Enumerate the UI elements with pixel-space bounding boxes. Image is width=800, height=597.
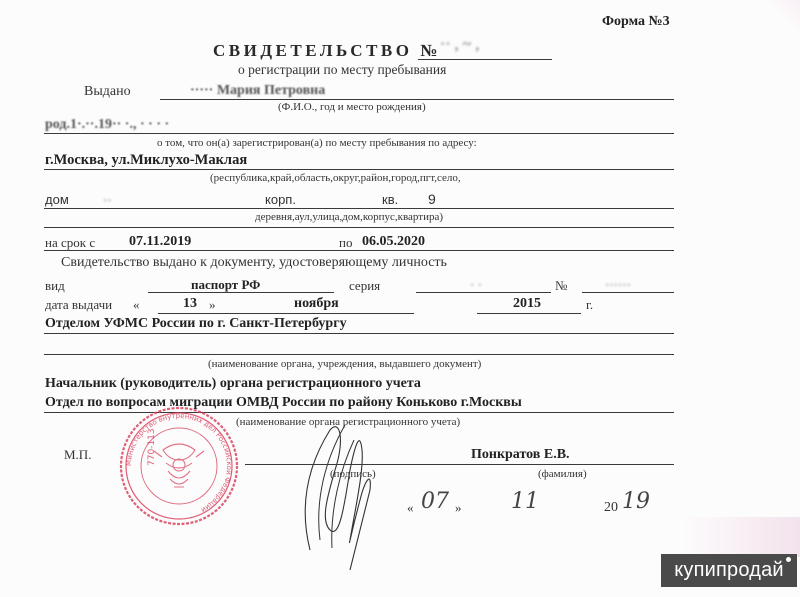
issuer-line: [44, 333, 674, 334]
official-stamp: Министерство внутренних дел Российской Ф…: [118, 405, 240, 527]
address-extra-line: [44, 227, 674, 228]
watermark-text: купипродай: [674, 559, 784, 582]
doc-intro: Свидетельство выдано к документу, удосто…: [61, 255, 447, 271]
period-from-label: на срок с: [45, 235, 95, 251]
document-title: СВИДЕТЕЛЬСТВО №: [213, 41, 441, 61]
form-label: Форма №3: [602, 14, 670, 30]
paper-edge-shadow: [680, 517, 800, 557]
apartment-label: кв.: [382, 192, 398, 207]
id-type-value: паспорт РФ: [191, 277, 260, 293]
handwritten-signature: [290, 410, 380, 570]
issuer-caption: (наименование органа, учреждения, выдавш…: [208, 358, 481, 370]
paper-corner-shadow: [760, 0, 800, 40]
watermark-logo: купипродай: [661, 554, 797, 587]
document-subtitle: о регистрации по месту пребывания: [238, 62, 446, 78]
address-street-line: [44, 169, 674, 170]
address-intro: о том, что он(а) зарегистрирован(а) по м…: [157, 137, 477, 149]
period-to-label: по: [339, 235, 352, 251]
building-label: корп.: [265, 192, 296, 207]
issue-date-line: [158, 313, 414, 314]
issue-year: 2015: [513, 296, 541, 312]
signature-line: [245, 464, 674, 465]
registration-head: Начальник (руководитель) органа регистра…: [45, 376, 421, 392]
house-label: дом: [45, 192, 69, 207]
id-series-label: серия: [349, 278, 380, 294]
issued-to-caption: (Ф.И.О., год и место рождения): [278, 101, 426, 113]
date-close-quote: »: [455, 500, 462, 516]
issue-year-suffix: г.: [586, 297, 593, 313]
id-number-line: [582, 292, 674, 293]
apartment-value: 9: [428, 191, 436, 207]
birth-line: [44, 133, 674, 134]
issue-year-line: [477, 313, 581, 314]
svg-text:770-113: 770-113: [147, 428, 157, 466]
date-day: 07: [421, 489, 449, 514]
surname-value: Понкратов Е.В.: [471, 447, 570, 463]
surname-caption: (фамилия): [538, 468, 587, 480]
period-to-value: 06.05.2020: [362, 234, 425, 250]
address-caption-2: деревня,аул,улица,дом,корпус,квартира): [255, 211, 443, 223]
id-number-value: ······: [605, 277, 631, 293]
date-month: 11: [511, 489, 539, 514]
house-line: [44, 208, 674, 209]
id-number-label: №: [555, 278, 567, 294]
period-from-value: 07.11.2019: [129, 234, 191, 250]
certificate-number-line: [418, 59, 552, 60]
date-year-prefix: 20: [604, 500, 618, 516]
issuer-value: Отделом УФМС России по г. Санкт-Петербур…: [45, 316, 347, 332]
period-line: [44, 250, 674, 251]
address-street: г.Москва, ул.Миклухо-Маклая: [45, 152, 247, 169]
issue-month: ноября: [294, 296, 339, 312]
issue-close-quote: »: [209, 297, 216, 313]
date-open-quote: «: [407, 500, 414, 516]
issue-date-label: дата выдачи: [45, 297, 112, 313]
watermark-dot-icon: [786, 557, 791, 562]
seal-label: М.П.: [64, 447, 91, 463]
address-caption-1: (республика,край,область,округ,район,гор…: [210, 172, 461, 184]
birth-value: род.1·.··.19·· ·., · · · ·: [45, 117, 169, 133]
id-series-line: [416, 292, 551, 293]
issued-to-label: Выдано: [84, 84, 131, 100]
issued-to-line: [160, 99, 674, 100]
id-type-label: вид: [45, 278, 65, 294]
issued-to-value: ····· Мария Петровна: [190, 83, 325, 99]
id-series-value: · ·: [470, 277, 482, 293]
id-type-line: [148, 292, 334, 293]
issuer-extra-line: [44, 354, 674, 355]
certificate-number: ·· , ~ ,: [440, 36, 479, 54]
issue-open-quote: «: [133, 297, 140, 313]
signature-caption: (подпись): [330, 468, 376, 480]
issue-day: 13: [183, 296, 197, 312]
house-value: ··: [103, 192, 112, 207]
date-year-suffix: 19: [622, 489, 650, 514]
registration-body-name: Отдел по вопросам миграции ОМВД России п…: [45, 395, 522, 411]
